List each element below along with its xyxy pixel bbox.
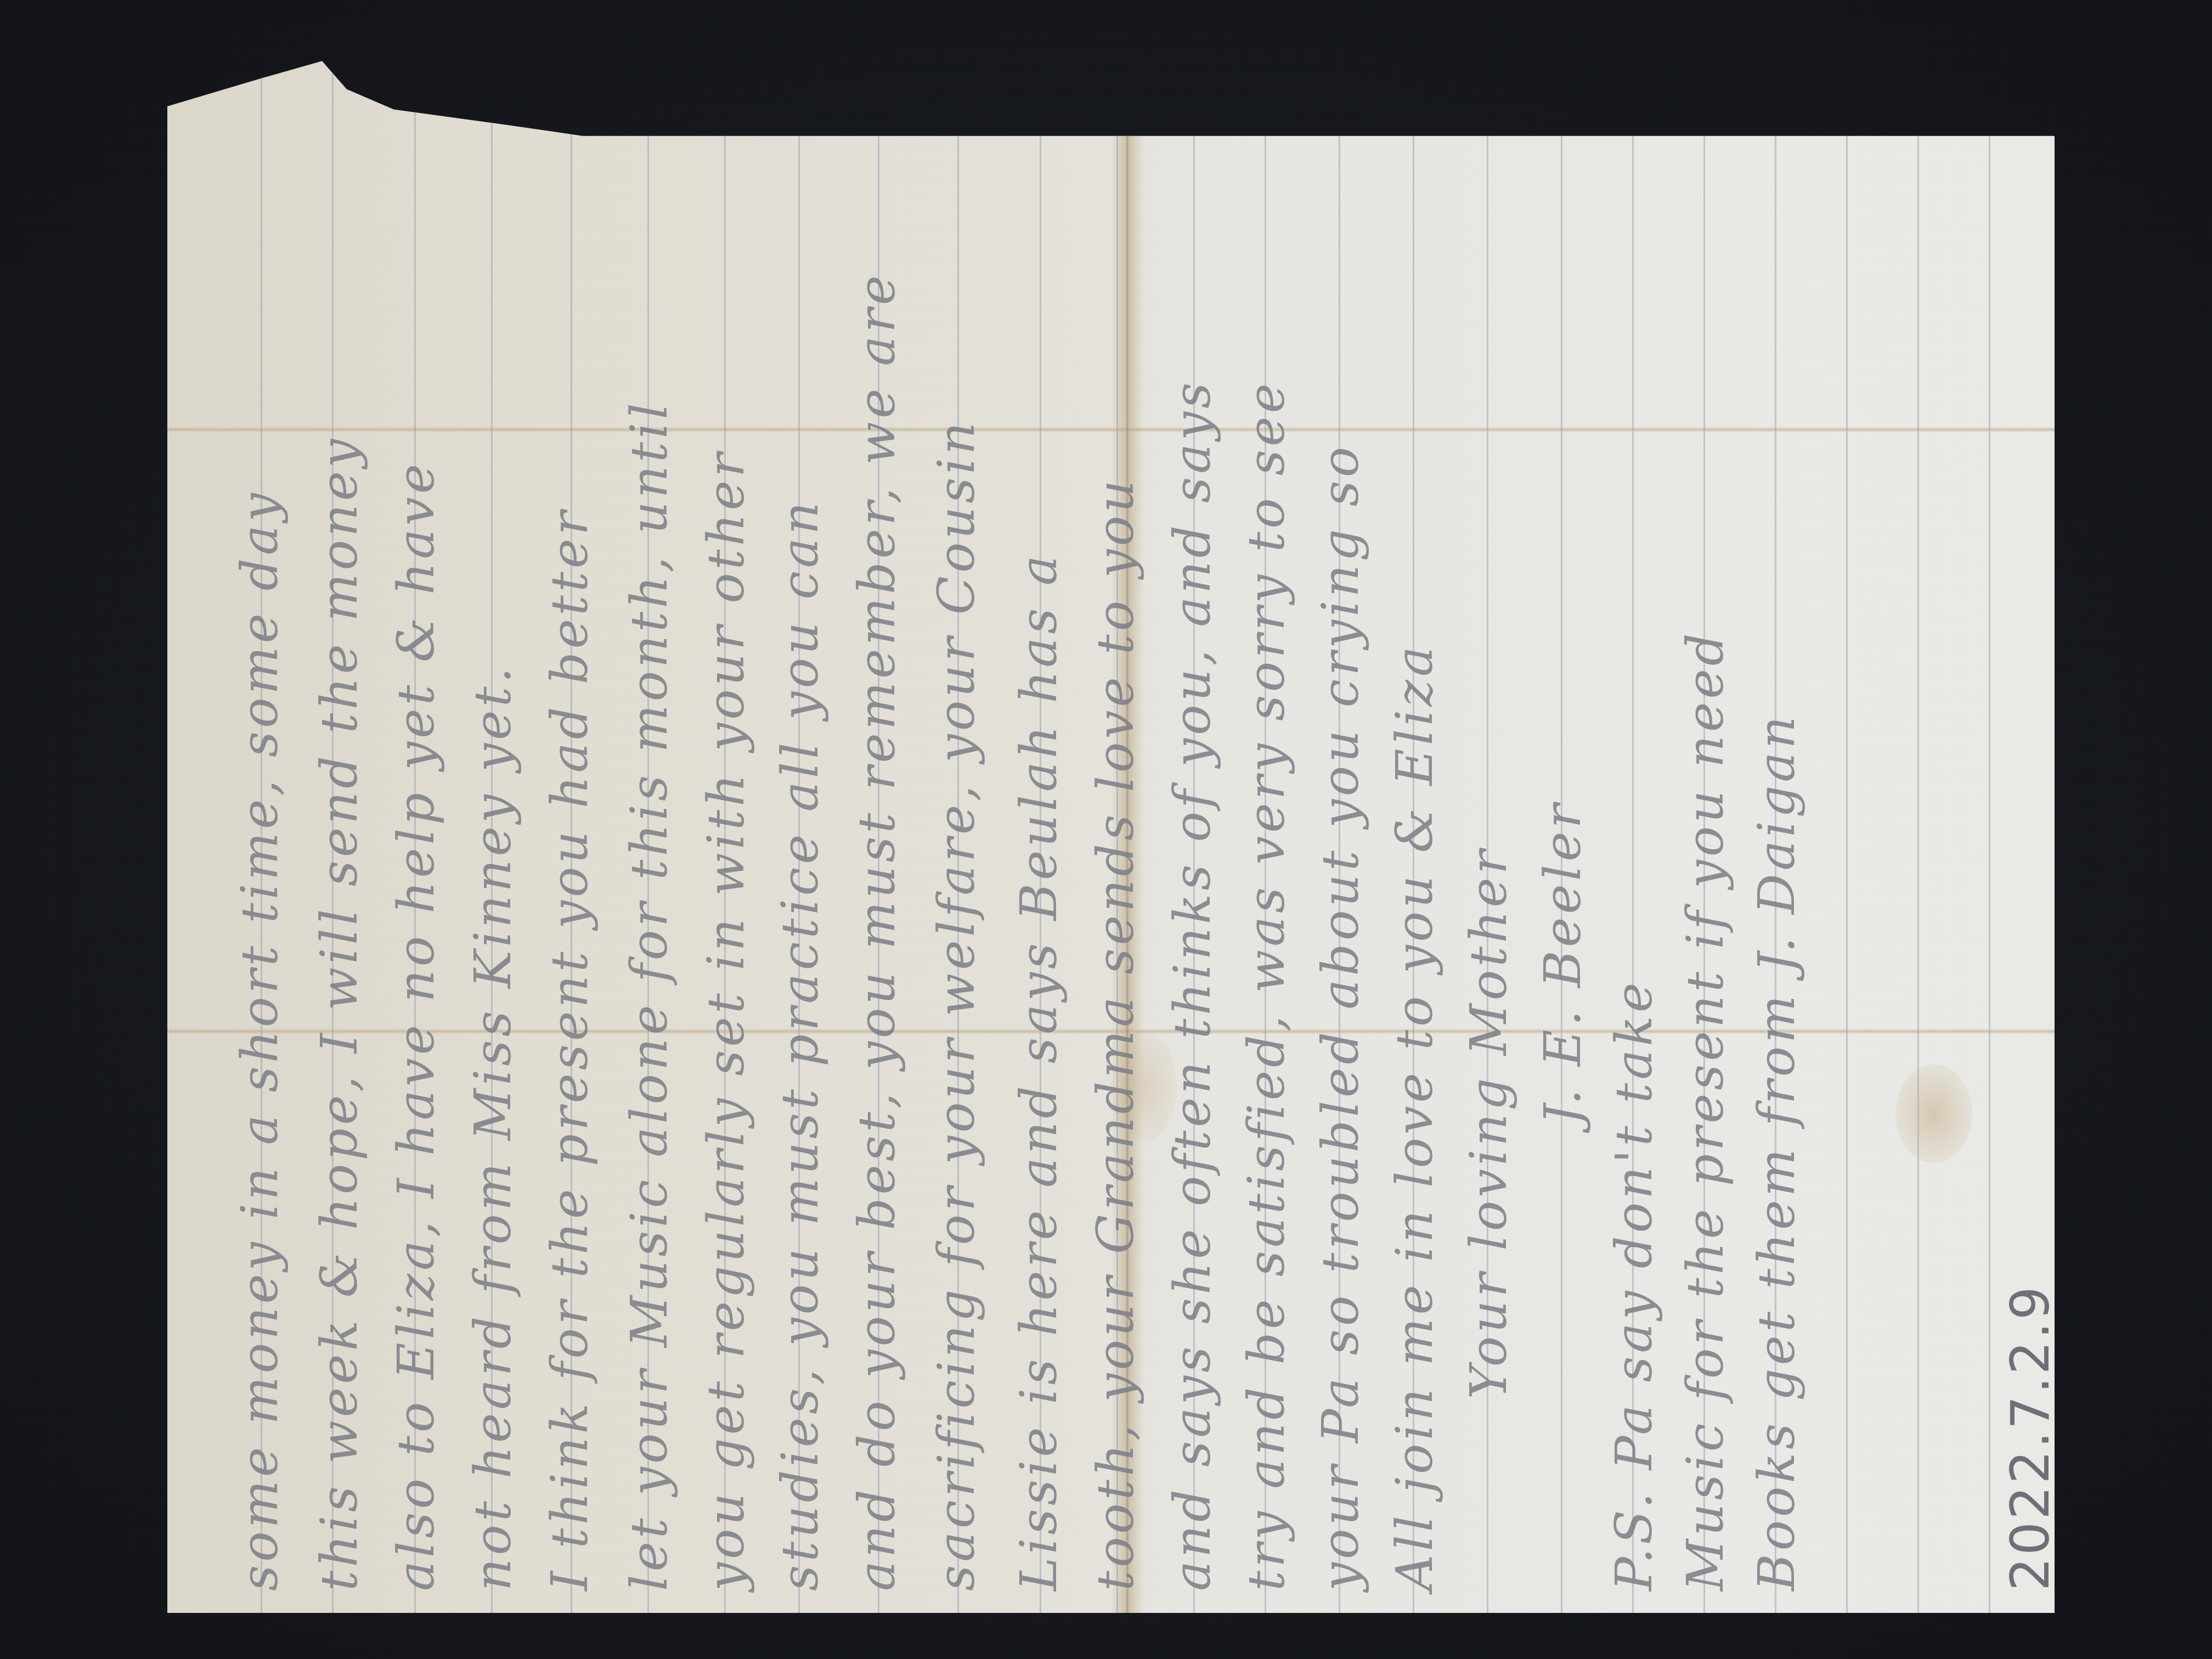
letter-signature: J. E. Beeler: [1533, 801, 1592, 1125]
ruled-line: [1917, 55, 1919, 1613]
letter-paper: some money in a short time, some day thi…: [167, 55, 2055, 1613]
letter-line: All join me in love to you & Eliza: [1385, 643, 1444, 1591]
letter-line: and do your best, you must remember, we …: [848, 272, 906, 1591]
postscript-line: P.S. Pa say don't take: [1605, 979, 1663, 1591]
letter-line: sacrificing for your welfare, your Cousi…: [927, 419, 986, 1592]
letter-line: studies, you must practice all you can: [771, 499, 830, 1591]
letter-line: let your Music alone for this month, unt…: [620, 400, 679, 1591]
letter-line: I think for the present you had better: [540, 508, 599, 1591]
accession-number: 2022.7.2.9: [2000, 1284, 2061, 1591]
postscript-line: Music for the present if you need: [1676, 630, 1735, 1592]
letter-line: your Pa so troubled about you crying so: [1311, 444, 1370, 1591]
letter-closing: Your loving Mother: [1459, 847, 1518, 1399]
letter-line: and says she often thinks of you, and sa…: [1163, 379, 1222, 1591]
letter-line: tooth, your Grandma sends love to you: [1086, 477, 1145, 1591]
letter-line: Lissie is here and says Beulah has a: [1009, 552, 1068, 1591]
letter-line: this week & hope, I will send the money: [310, 436, 369, 1591]
letter-line: try and be satisfied, was very sorry to …: [1237, 380, 1296, 1591]
ruled-line: [1989, 55, 1990, 1613]
letter-line: some money in a short time, some day: [230, 490, 289, 1591]
letter-line: you get regularly set in with your other: [697, 450, 755, 1591]
postscript-line: Books get them from J. Daigan: [1747, 713, 1806, 1591]
stain: [1895, 1064, 1972, 1163]
letter-line: also to Eliza, I have no help yet & have: [387, 461, 445, 1591]
ruled-line: [1846, 55, 1848, 1613]
letter-line: not heard from Miss Kinney yet.: [464, 664, 522, 1591]
